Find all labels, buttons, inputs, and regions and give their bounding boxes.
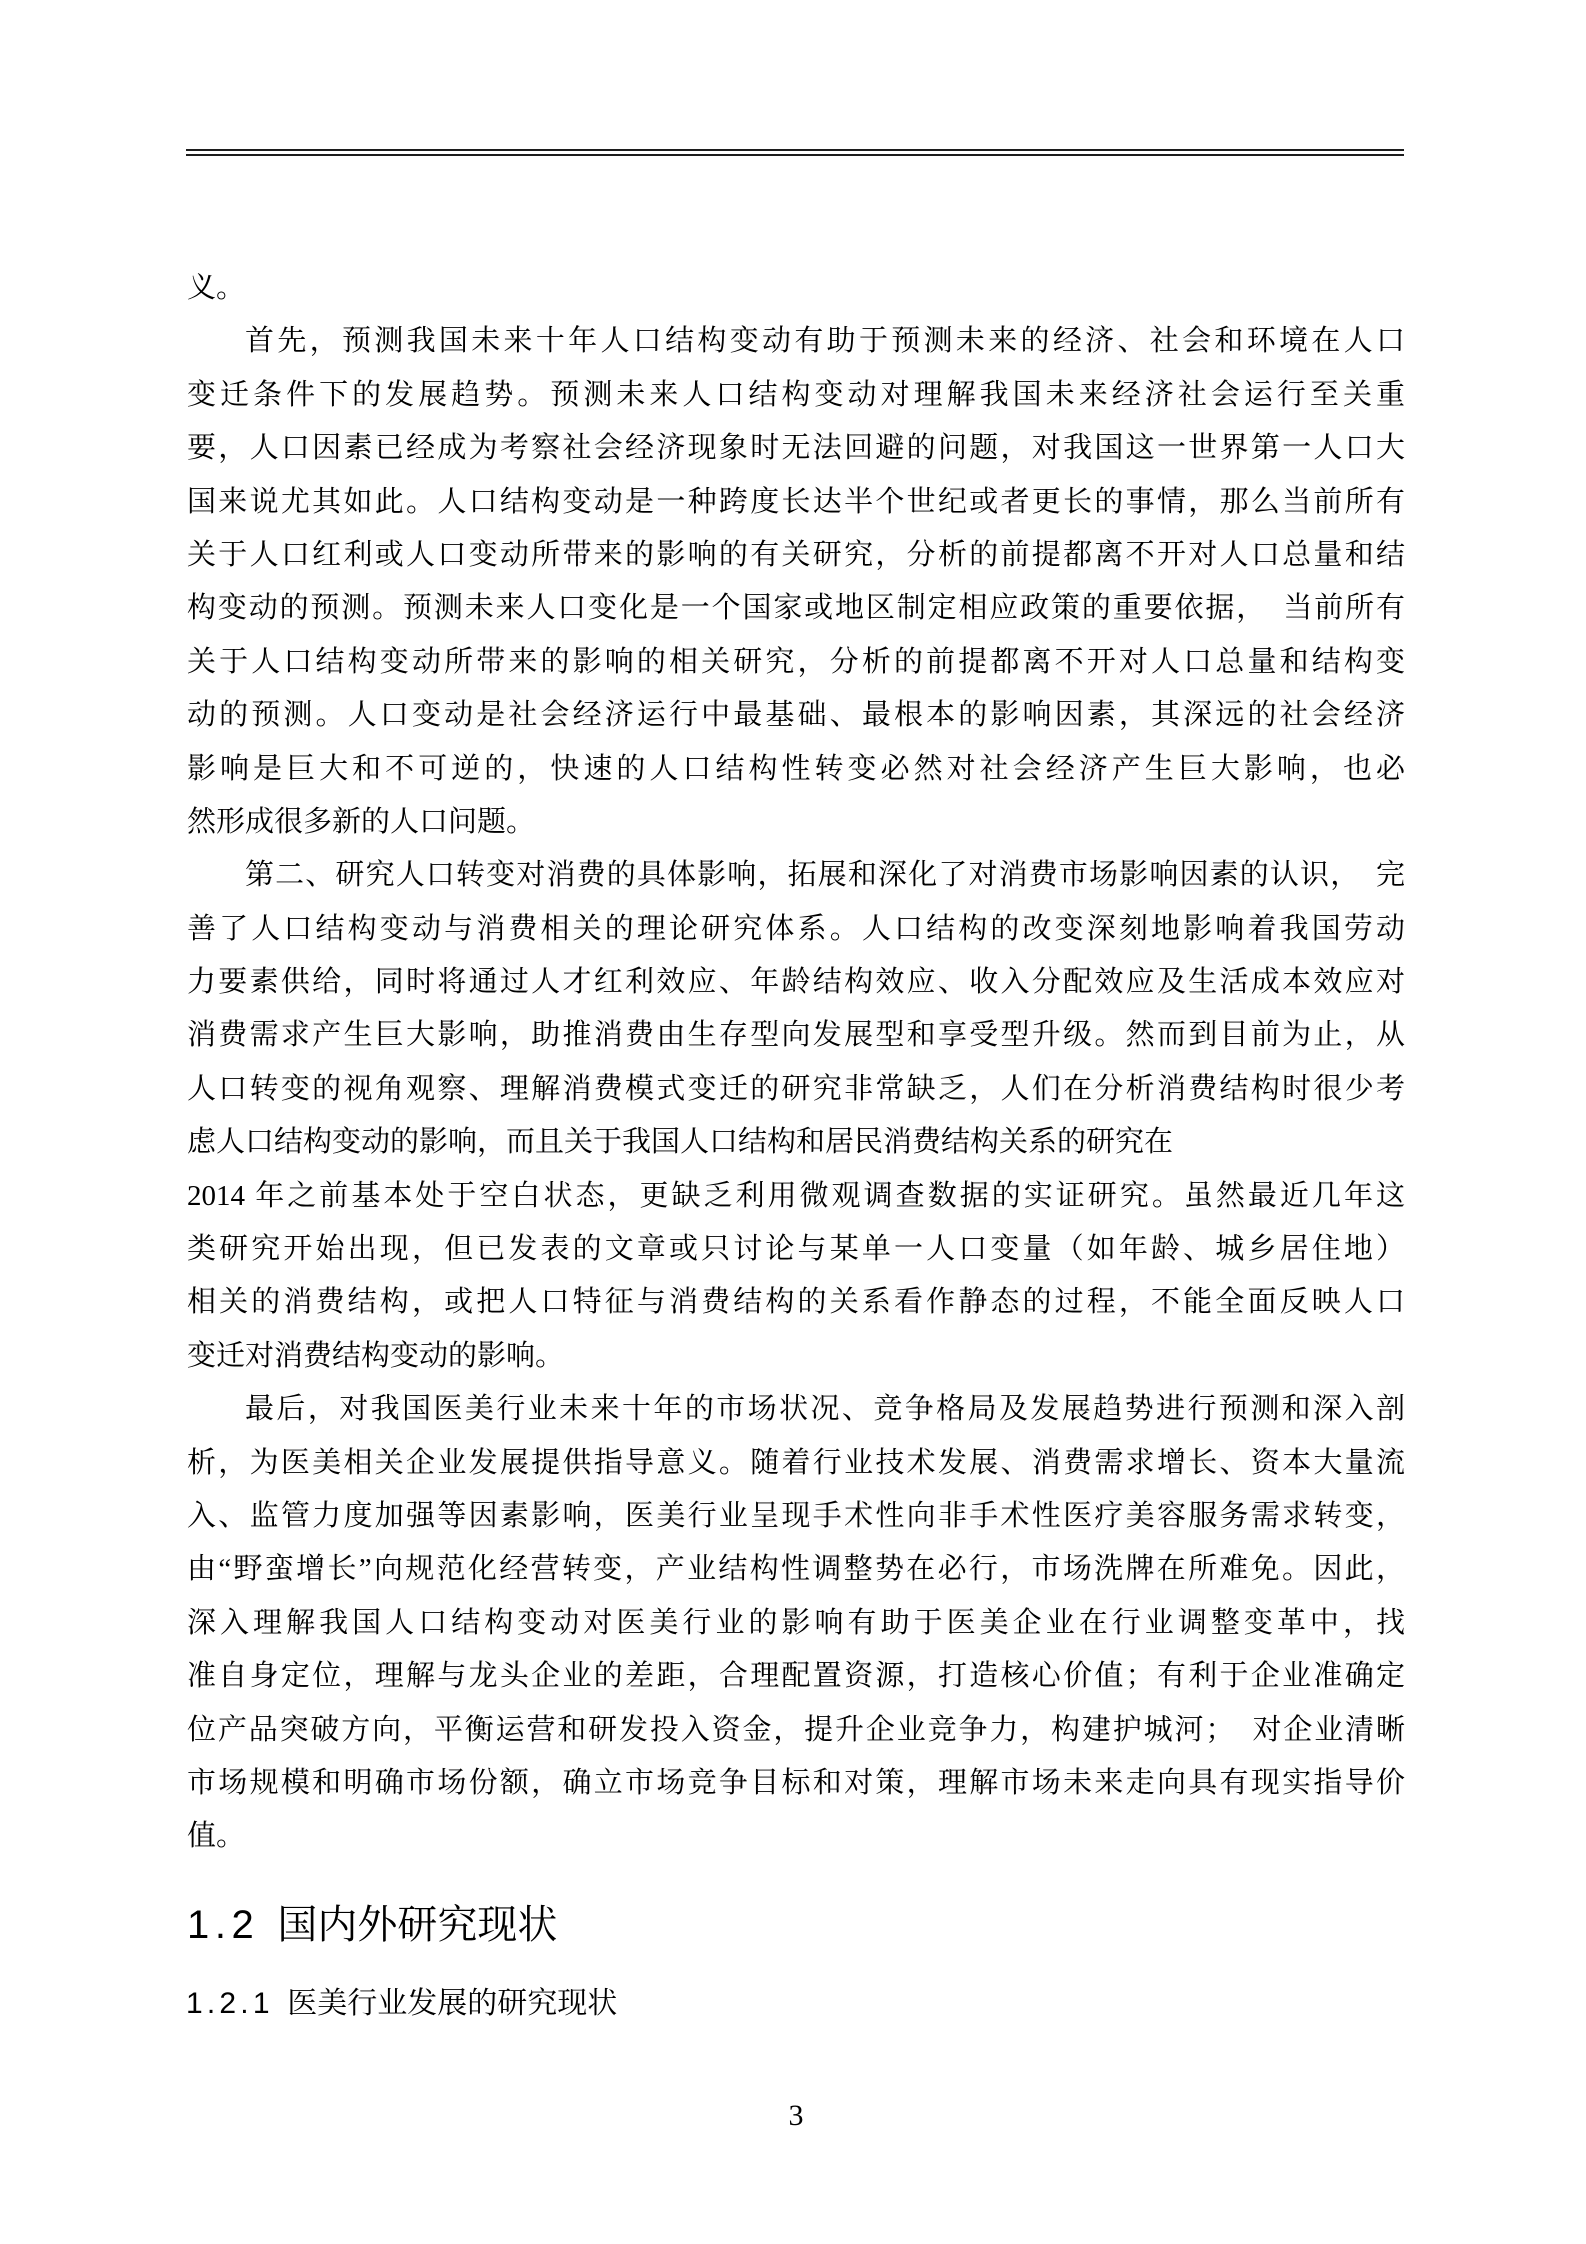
text-line: 准自身定位，理解与龙头企业的差距，合理配置资源，打造核心价值；有利于企业准确定 bbox=[187, 1650, 1405, 1703]
text-line: 善了人口结构变动与消费相关的理论研究体系。人口结构的改变深刻地影响着我国劳动 bbox=[187, 903, 1405, 956]
text-line: 由“野蛮增长”向规范化经营转变，产业结构性调整势在必行，市场洗牌在所难免。因此， bbox=[187, 1543, 1405, 1596]
text-line: 然形成很多新的人口问题。 bbox=[187, 796, 1405, 849]
text-line: 值。 bbox=[187, 1810, 1405, 1863]
text-line: 要，人口因素已经成为考察社会经济现象时无法回避的问题，对我国这一世界第一人口大 bbox=[187, 422, 1405, 475]
text-line: 相关的消费结构，或把人口特征与消费结构的关系看作静态的过程，不能全面反映人口 bbox=[187, 1276, 1405, 1329]
text-line: 变迁对消费结构变动的影响。 bbox=[187, 1330, 1405, 1383]
text-line: 人口转变的视角观察、理解消费模式变迁的研究非常缺乏，人们在分析消费结构时很少考 bbox=[187, 1063, 1405, 1116]
text-line: 影响是巨大和不可逆的，快速的人口结构性转变必然对社会经济产生巨大影响，也必 bbox=[187, 743, 1405, 796]
text-line: 消费需求产生巨大影响，助推消费由生存型向发展型和享受型升级。然而到目前为止，从 bbox=[187, 1009, 1405, 1062]
body-text: 义。 首先，预测我国未来十年人口结构变动有助于预测未来的经济、社会和环境在人口 … bbox=[187, 262, 1405, 1864]
text-line: 入、监管力度加强等因素影响，医美行业呈现手术性向非手术性医疗美容服务需求转变， bbox=[187, 1490, 1405, 1543]
text-line: 2014 年之前基本处于空白状态，更缺乏利用微观调查数据的实证研究。虽然最近几年… bbox=[187, 1170, 1405, 1223]
subsection-number: 1.2.1 bbox=[186, 1987, 274, 2020]
document-page: 义。 首先，预测我国未来十年人口结构变动有助于预测未来的经济、社会和环境在人口 … bbox=[0, 0, 1586, 2244]
text-line: 析，为医美相关企业发展提供指导意义。随着行业技术发展、消费需求增长、资本大量流 bbox=[187, 1437, 1405, 1490]
subsection-title: 医美行业发展的研究现状 bbox=[287, 1987, 617, 2020]
text-line: 关于人口结构变动所带来的影响的相关研究，分析的前提都离不开对人口总量和结构变 bbox=[187, 636, 1405, 689]
text-line: 类研究开始出现，但已发表的文章或只讨论与某单一人口变量（如年龄、城乡居住地） bbox=[187, 1223, 1405, 1276]
page-number: 3 bbox=[187, 2096, 1405, 2136]
section-number: 1.2 bbox=[187, 1903, 259, 1947]
text-line: 义。 bbox=[187, 262, 1405, 315]
text-line: 首先，预测我国未来十年人口结构变动有助于预测未来的经济、社会和环境在人口 bbox=[187, 315, 1405, 368]
text-line: 构变动的预测。预测未来人口变化是一个国家或地区制定相应政策的重要依据， 当前所有 bbox=[187, 582, 1405, 635]
text-line: 最后，对我国医美行业未来十年的市场状况、竞争格局及发展趋势进行预测和深入剖 bbox=[187, 1383, 1405, 1436]
text-line: 位产品突破方向，平衡运营和研发投入资金，提升企业竞争力，构建护城河； 对企业清晰 bbox=[187, 1704, 1405, 1757]
text-line: 力要素供给，同时将通过人才红利效应、年龄结构效应、收入分配效应及生活成本效应对 bbox=[187, 956, 1405, 1009]
section-title: 国内外研究现状 bbox=[277, 1903, 557, 1947]
text-line: 变迁条件下的发展趋势。预测未来人口结构变动对理解我国未来经济社会运行至关重 bbox=[187, 369, 1405, 422]
text-line: 市场规模和明确市场份额，确立市场竞争目标和对策，理解市场未来走向具有现实指导价 bbox=[187, 1757, 1405, 1810]
header-separator-rule bbox=[186, 149, 1404, 156]
text-line: 虑人口结构变动的影响，而且关于我国人口结构和居民消费结构关系的研究在 bbox=[187, 1116, 1405, 1169]
text-line: 关于人口红利或人口变动所带来的影响的有关研究，分析的前提都离不开对人口总量和结 bbox=[187, 529, 1405, 582]
text-line: 国来说尤其如此。人口结构变动是一种跨度长达半个世纪或者更长的事情，那么当前所有 bbox=[187, 476, 1405, 529]
text-line: 动的预测。人口变动是社会经济运行中最基础、最根本的影响因素，其深远的社会经济 bbox=[187, 689, 1405, 742]
text-line: 深入理解我国人口结构变动对医美行业的影响有助于医美企业在行业调整变革中，找 bbox=[187, 1597, 1405, 1650]
text-line: 第二、研究人口转变对消费的具体影响，拓展和深化了对消费市场影响因素的认识， 完 bbox=[187, 849, 1405, 902]
subsection-heading: 1.2.1医美行业发展的研究现状 bbox=[186, 1983, 1404, 2025]
section-heading: 1.2国内外研究现状 bbox=[187, 1899, 1405, 1951]
